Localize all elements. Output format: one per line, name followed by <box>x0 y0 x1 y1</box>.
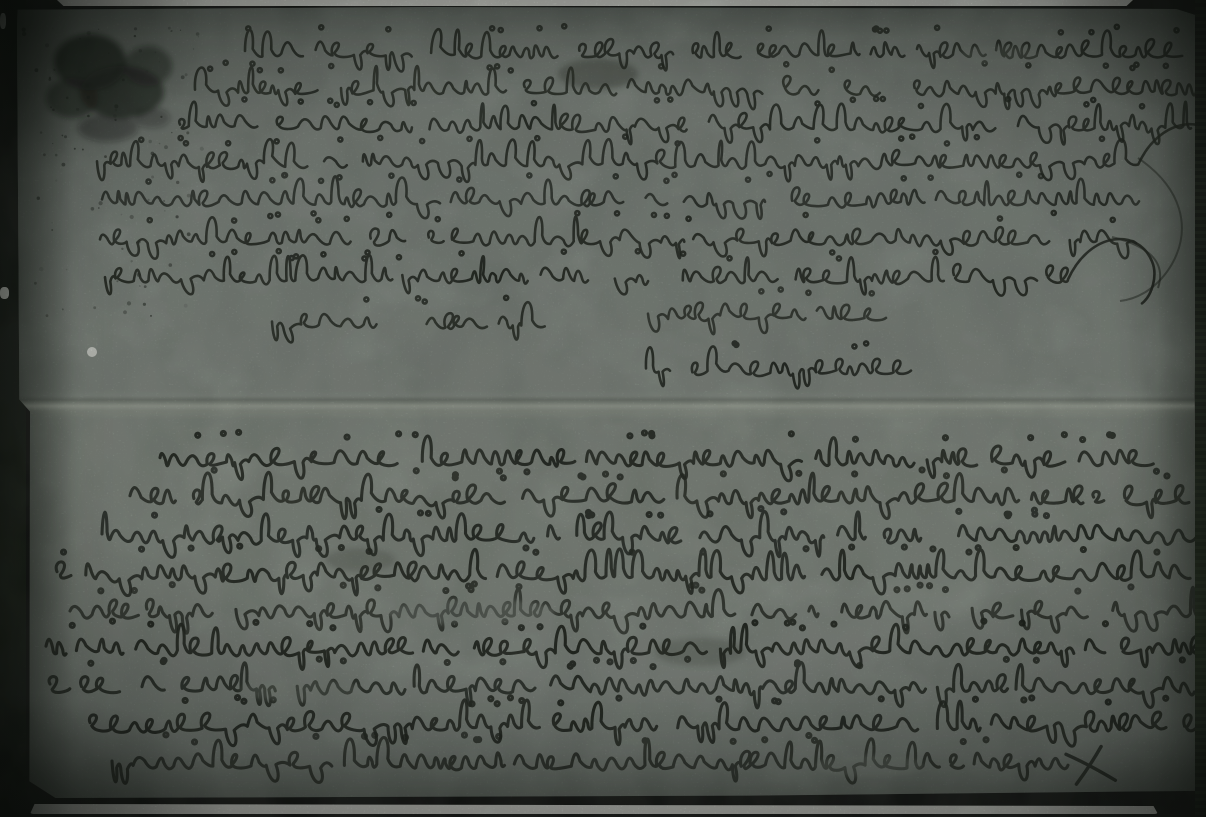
manuscript-photograph: Black-and-white photograph of a folded t… <box>0 0 1206 817</box>
photo-right-edge-backing <box>1195 0 1206 817</box>
faded-ink-patch <box>815 755 925 777</box>
handwritten-line <box>245 24 1182 71</box>
paper-white-dot <box>87 347 97 357</box>
faded-ink-patch <box>240 678 360 702</box>
handwriting-layer <box>0 0 1206 817</box>
handwritten-line <box>105 239 1154 303</box>
lower-folio-text <box>46 430 1200 783</box>
handwritten-line <box>646 341 911 388</box>
handwritten-line <box>102 507 1196 558</box>
handwritten-line <box>70 582 1198 633</box>
flourish-arc <box>1120 158 1182 301</box>
handwritten-line <box>112 733 1068 784</box>
faded-ink-patch <box>960 45 1040 65</box>
ink-blot <box>325 548 395 572</box>
upper-folio-text <box>97 24 1206 388</box>
handwritten-line <box>102 172 1139 219</box>
end-cross-mark <box>1066 747 1115 785</box>
handwritten-line <box>100 211 1136 259</box>
faded-ink-patch <box>385 599 555 625</box>
ink-blot <box>558 59 638 89</box>
handwritten-line <box>648 288 886 335</box>
handwritten-line <box>195 61 1196 109</box>
ink-blot <box>655 638 745 666</box>
handwritten-line <box>272 296 545 343</box>
ink-stain <box>46 34 172 142</box>
